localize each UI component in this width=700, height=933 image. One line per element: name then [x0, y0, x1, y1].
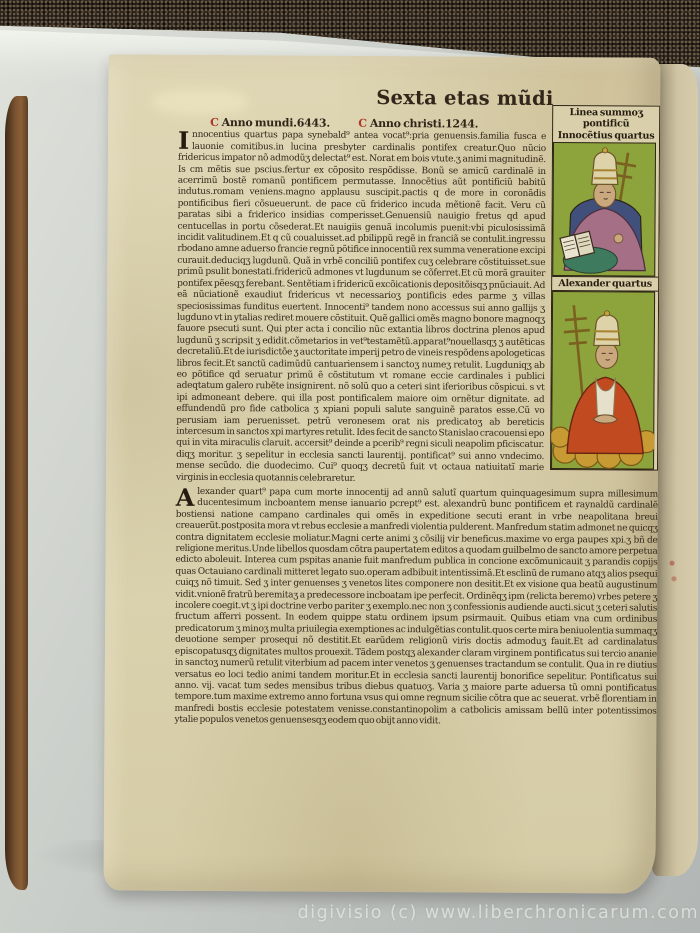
anno-christi-heading: CAnno christi.1244.	[358, 117, 478, 131]
drop-cap-initial: A	[176, 487, 198, 508]
miniature-innocentius-quartus	[552, 142, 656, 277]
tiara-finial	[604, 311, 609, 316]
page-edges-stack	[26, 78, 112, 892]
caption-innocentius: Innocẽtius quartus	[553, 130, 659, 143]
drop-cap-initial: I	[178, 130, 192, 151]
photo-of-book: Sexta etas mũdi Linea summoʒ pontificũ I…	[0, 0, 700, 933]
anno-christi-label: Anno christi.1244.	[370, 117, 478, 131]
paragraph-alexander-text: lexander quart⁹ papa cum morte innocenti…	[174, 487, 657, 727]
anno-mundi-heading: CAnno mundi.6443.	[210, 116, 330, 130]
anno-mundi-label: Anno mundi.6443.	[222, 116, 330, 130]
pope-face	[596, 342, 618, 368]
paragraph-alexander: Alexander quart⁹ papa cum morte innocent…	[174, 487, 657, 729]
red-margin-smudge	[668, 558, 678, 584]
tiara-finial	[602, 148, 607, 153]
papal-tiara	[592, 152, 618, 185]
paragraph-innocentius-text: nnocentius quartus papa synebald⁹ antea …	[176, 130, 546, 483]
pope-face	[594, 181, 616, 207]
book-page: Sexta etas mũdi Linea summoʒ pontificũ I…	[103, 54, 660, 893]
miniature-alexander-quartus	[551, 291, 655, 470]
book-spine-leather	[5, 96, 28, 890]
text-block: Linea summoʒ pontificũ Innocẽtius quartu…	[174, 117, 660, 729]
watermark-text: digivisio (c) www.liberchronicarum.com	[298, 903, 699, 923]
page-content: Sexta etas mũdi Linea summoʒ pontificũ I…	[174, 85, 660, 732]
caption-linea-summorum: Linea summoʒ pontificũ	[553, 106, 659, 131]
papal-tiara	[594, 315, 620, 346]
pope-hand	[614, 234, 623, 243]
caption-alexander: Alexander quartus	[552, 276, 658, 292]
pilcrow-icon: C	[210, 116, 219, 129]
pilcrow-icon: C	[358, 117, 367, 130]
miniature-panel: Linea summoʒ pontificũ Innocẽtius quartu…	[550, 105, 660, 471]
